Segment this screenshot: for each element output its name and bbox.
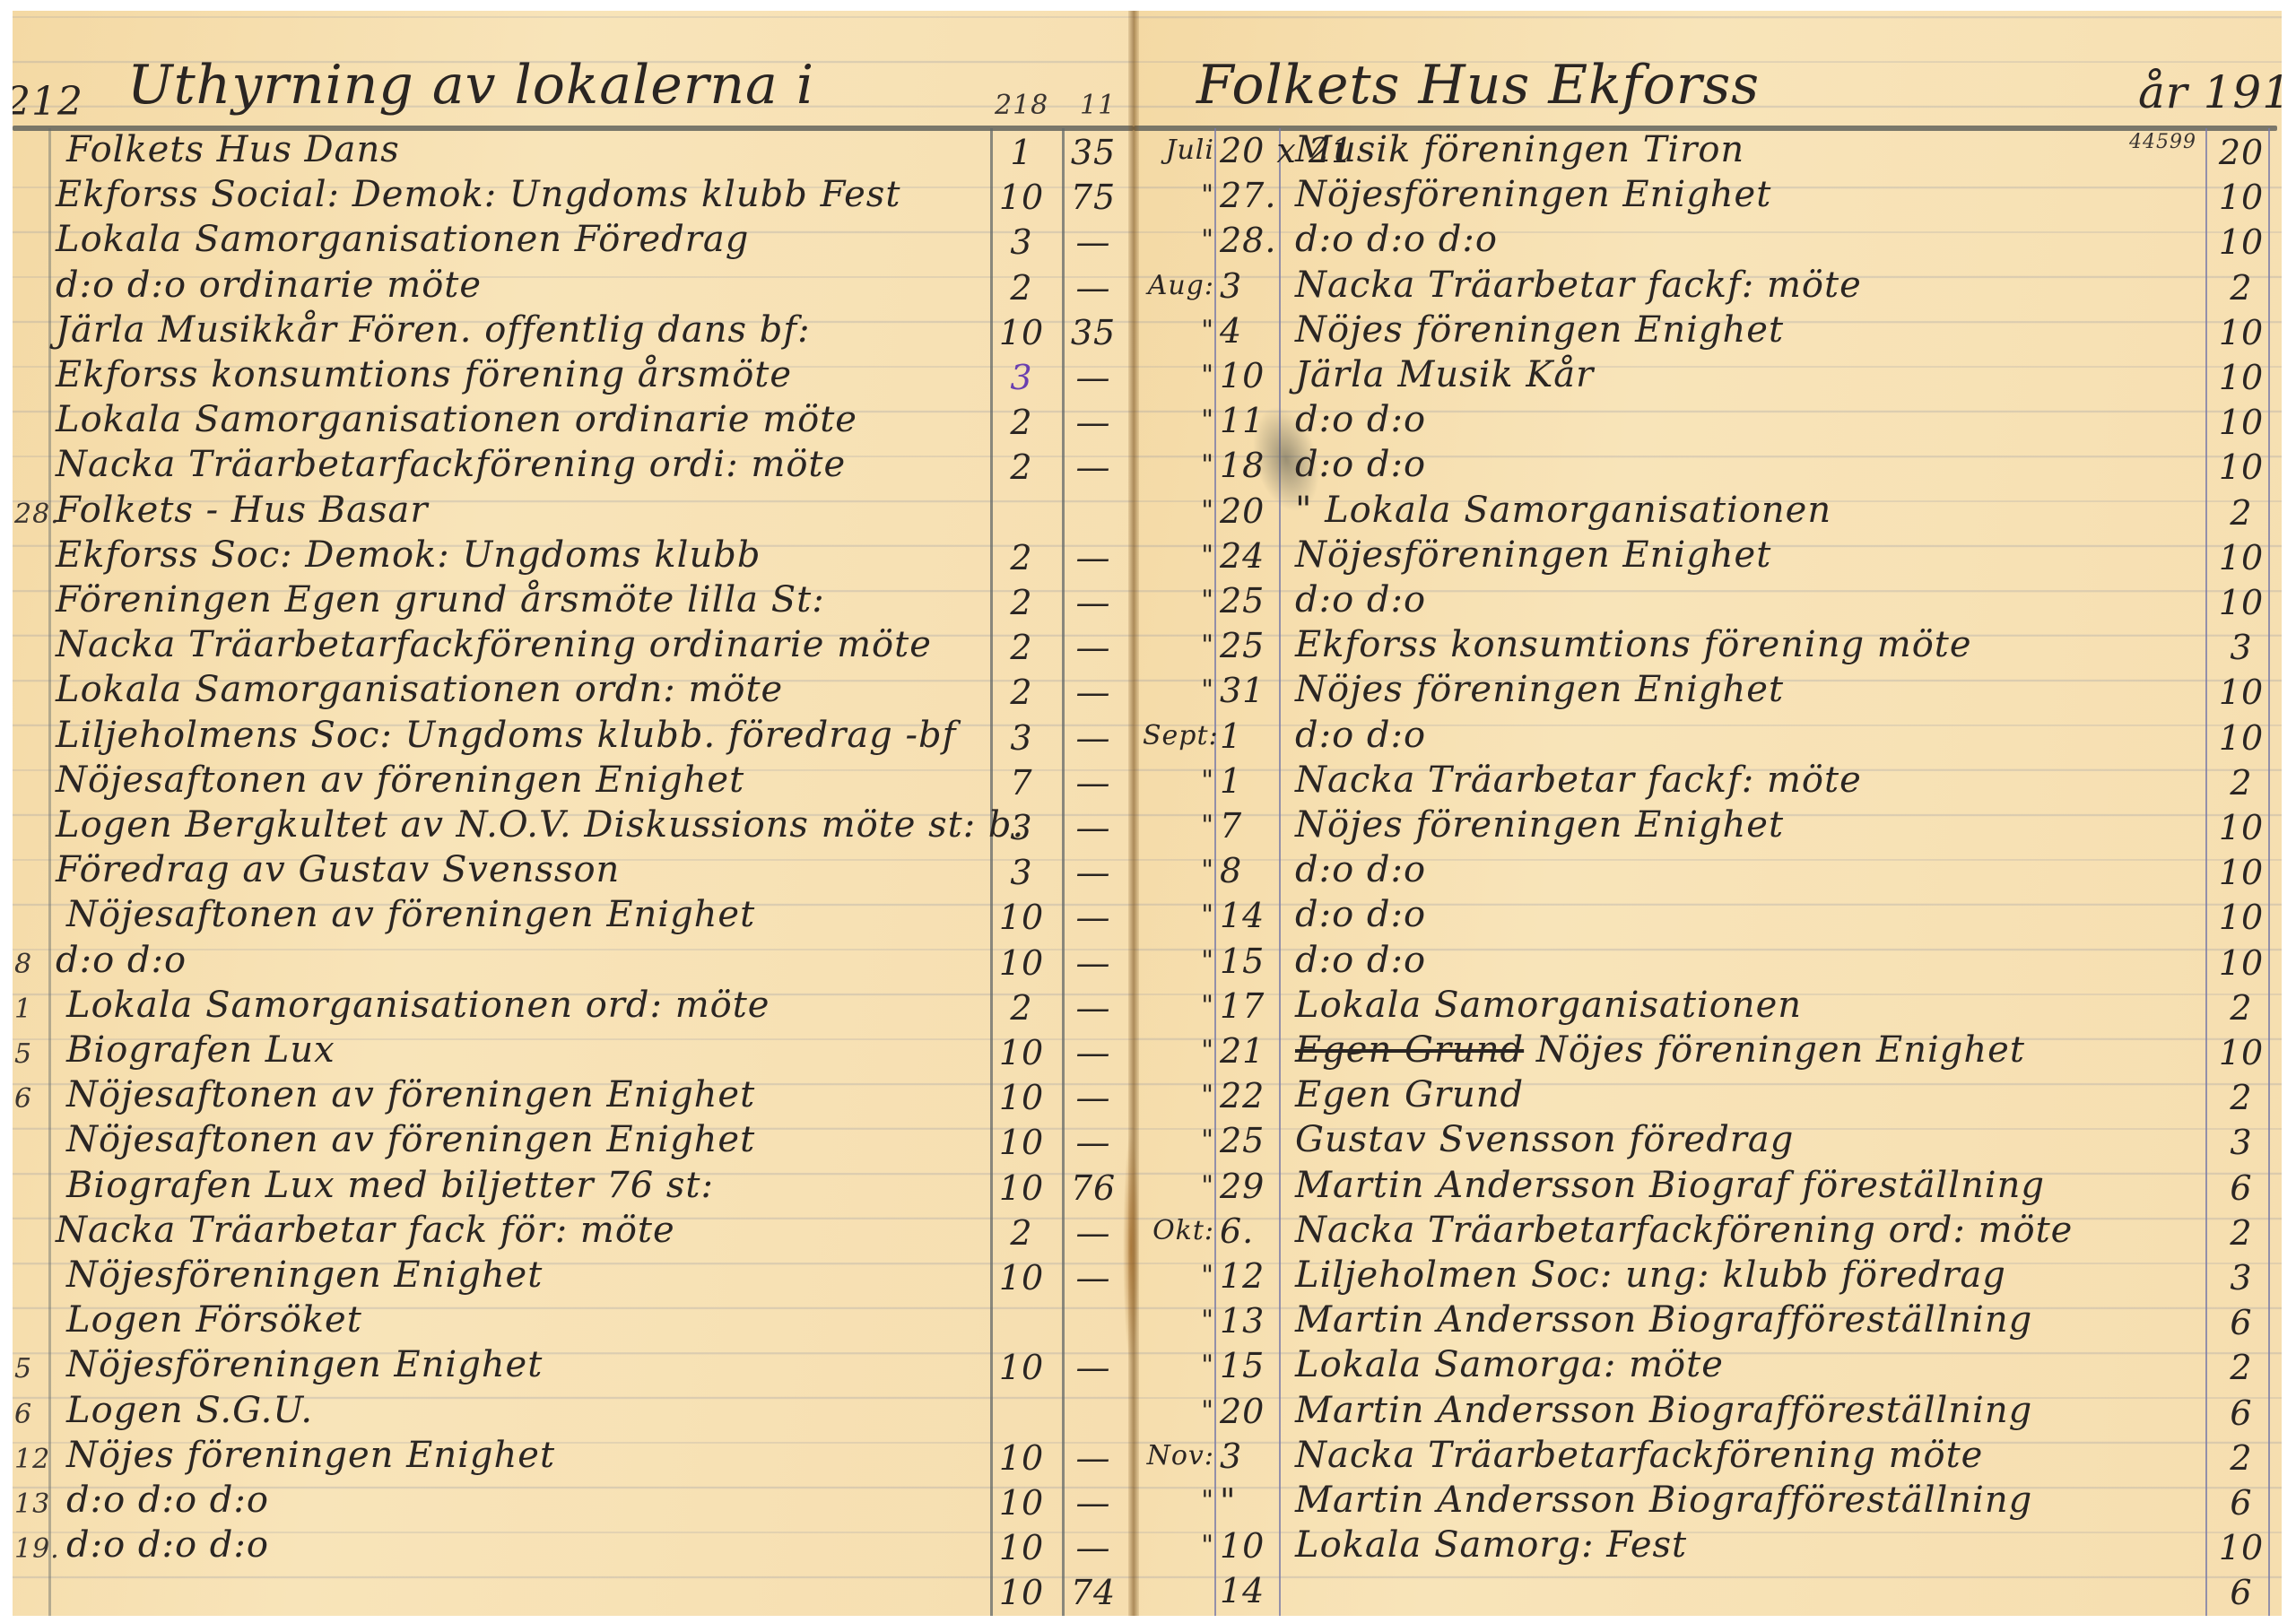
entry-amount: 2 <box>2210 1348 2273 1387</box>
entry-description: Nöjesaftonen av föreningen Enighet <box>56 759 744 801</box>
entry-description: Nöjesaftonen av föreningen Enighet <box>66 894 755 935</box>
ledger-row: "31Nöjes föreningen Enighet10 <box>1134 674 2282 719</box>
right-page-title: Folkets Hus Ekforss <box>1196 54 1760 117</box>
entry-month: " <box>1143 449 1214 481</box>
entry-day: 24 <box>1220 536 1265 576</box>
entry-month: Okt: <box>1143 1215 1214 1246</box>
amount-kronor: 2 <box>990 988 1053 1028</box>
ledger-row: "1Nacka Träarbetar fackf: möte2 <box>1134 765 2282 810</box>
ledger-row: "27.Nöjesföreningen Enighet10 <box>1134 179 2282 224</box>
ledger-row: "15Lokala Samorga: möte2 <box>1134 1350 2282 1394</box>
amount-kronor: 10 <box>990 1168 1053 1208</box>
amount-kronor: 7 <box>990 763 1053 803</box>
entry-description: Järla Musik Kår <box>1295 354 1594 395</box>
amount-ore: — <box>1066 943 1120 983</box>
ledger-row: "10Lokala Samorg: Fest10 <box>1134 1530 2282 1575</box>
entry-description: Nacka Träarbetar fack för: möte <box>56 1210 675 1251</box>
amount-kronor: 2 <box>990 673 1053 712</box>
entry-amount: 10 <box>2210 403 2273 442</box>
entry-description: Lokala Samorga: möte <box>1295 1344 1724 1385</box>
entry-description: Liljeholmen Soc: ung: klubb föredrag <box>1295 1254 2006 1296</box>
entry-day: " <box>1220 1481 1236 1521</box>
entry-description: Lokala Samorganisationen Föredrag <box>56 219 749 260</box>
entry-description: d:o d:o <box>56 940 187 981</box>
ledger-row: "17Lokala Samorganisationen2 <box>1134 990 2282 1035</box>
ledger-row: Lokala Samorganisationen Föredrag3— <box>13 224 1134 269</box>
amount-ore: — <box>1066 583 1120 622</box>
entry-description: Gustav Svensson föredrag <box>1295 1119 1794 1160</box>
ledger-row: Nöjesföreningen Enighet10— <box>13 1260 1134 1305</box>
ledger-row: Sept:1d:o d:o10 <box>1134 720 2282 765</box>
margin-date: 5 <box>14 1038 32 1070</box>
entry-day: 22 <box>1220 1076 1265 1115</box>
amount-ore: — <box>1066 1123 1120 1162</box>
ledger-row: Aug:3Nacka Träarbetar fackf: möte2 <box>1134 270 2282 315</box>
amount-ore: — <box>1066 718 1120 758</box>
amount-ore: — <box>1066 898 1120 937</box>
amount-ore: — <box>1066 1213 1120 1253</box>
entry-description: d:o d:o <box>1295 399 1426 440</box>
ledger-row: "11d:o d:o10 <box>1134 404 2282 449</box>
page-number: 212 <box>13 79 83 125</box>
book-gutter <box>1128 11 1139 1616</box>
entry-month: " <box>1143 1170 1214 1202</box>
left-page-title: Uthyrning av lokalerna i <box>127 54 814 117</box>
ledger-row: "8d:o d:o10 <box>1134 855 2282 899</box>
entry-month: " <box>1143 1350 1214 1381</box>
entry-day: 18 <box>1220 446 1265 485</box>
amount-kronor: 3 <box>990 718 1053 758</box>
entry-amount: 6 <box>2210 1393 2273 1433</box>
entry-amount: 10 <box>2210 943 2273 983</box>
entry-day: 25 <box>1220 581 1265 621</box>
entry-description: Nöjesföreningen Enighet <box>1295 534 1771 576</box>
entry-month: " <box>1143 1260 1214 1291</box>
entry-month: " <box>1143 1035 1214 1066</box>
amount-ore: — <box>1066 808 1120 847</box>
ledger-row: 5Nöjesföreningen Enighet10— <box>13 1350 1134 1394</box>
entry-day: 10 <box>1220 1526 1265 1566</box>
ledger-row: "4Nöjes föreningen Enighet10 <box>1134 315 2282 360</box>
margin-date: 28. <box>14 499 60 530</box>
ledger-row: "20Martin Andersson Biografföreställning… <box>1134 1395 2282 1440</box>
amount-kronor: 3 <box>990 358 1053 397</box>
entry-month: " <box>1143 810 1214 841</box>
entry-day: 29 <box>1220 1167 1265 1206</box>
entry-description: Nöjesaftonen av föreningen Enighet <box>66 1119 755 1160</box>
entry-description: Nöjes föreningen Enighet <box>1295 309 1784 351</box>
entry-day: 3 <box>1220 266 1242 306</box>
ledger-row: d:o d:o ordinarie möte2— <box>13 270 1134 315</box>
entry-day: 14 <box>1220 896 1265 935</box>
entry-month: " <box>1143 1080 1214 1111</box>
entry-description: Föredrag av Gustav Svensson <box>56 849 620 890</box>
amount-kronor: 10 <box>990 313 1053 352</box>
entry-month: " <box>1143 899 1214 931</box>
margin-date: 8 <box>14 949 32 980</box>
ledger-row: "14d:o d:o10 <box>1134 899 2282 944</box>
ledger-row: "7Nöjes föreningen Enighet10 <box>1134 810 2282 855</box>
entry-description: Järla Musikkår Fören. offentlig dans bf: <box>56 309 811 351</box>
amount-kronor: 3 <box>990 222 1053 262</box>
amount-ore: — <box>1066 1438 1120 1478</box>
entry-description: Ekforss konsumtions förening årsmöte <box>56 354 792 395</box>
entry-month: " <box>1143 855 1214 886</box>
entry-description: Logen Försöket <box>66 1299 362 1341</box>
ledger-row: "25d:o d:o10 <box>1134 585 2282 629</box>
entry-description: Folkets - Hus Basar <box>56 490 429 531</box>
ledger-row: "18d:o d:o10 <box>1134 449 2282 494</box>
ledger-spread: 212 Uthyrning av lokalerna i 218 11 Folk… <box>13 11 2282 1616</box>
entry-text: Nöjes föreningen Enighet <box>1536 1029 2025 1071</box>
entry-month: " <box>1143 945 1214 976</box>
ledger-row: 6Logen S.G.U. <box>13 1395 1134 1440</box>
entry-day: 17 <box>1220 986 1265 1026</box>
entry-amount: 2 <box>2210 1438 2273 1478</box>
entry-amount: 10 <box>2210 178 2273 217</box>
entry-amount: 2 <box>2210 1078 2273 1117</box>
amount-ore: — <box>1066 673 1120 712</box>
entry-month: " <box>1143 315 1214 346</box>
amount-kronor: 10 <box>990 1078 1053 1117</box>
entry-description: Logen S.G.U. <box>66 1390 313 1431</box>
entry-month: " <box>1143 629 1214 661</box>
entry-description: d:o d:o <box>1295 940 1426 981</box>
amount-kronor: 1 <box>990 133 1053 172</box>
entry-amount: 10 <box>2210 1033 2273 1072</box>
entry-description: Egen Grund <box>1295 1074 1524 1115</box>
entry-amount: 10 <box>2210 1528 2273 1567</box>
entry-description: Nöjesföreningen Enighet <box>66 1254 543 1296</box>
amount-ore: — <box>1066 763 1120 803</box>
margin-date: 6 <box>14 1399 32 1430</box>
ledger-row: Föreningen Egen grund årsmöte lilla St:2… <box>13 585 1134 629</box>
entry-amount: 10 <box>2210 447 2273 487</box>
entry-day: 13 <box>1220 1301 1265 1341</box>
entry-day: 21 <box>1220 1031 1265 1071</box>
amount-kronor: 10 <box>990 1123 1053 1162</box>
entry-day: 14 <box>1220 1571 1265 1610</box>
ledger-row: Nöjesaftonen av föreningen Enighet7— <box>13 765 1134 810</box>
amount-ore: — <box>1066 1528 1120 1567</box>
entry-month: Sept: <box>1143 720 1214 751</box>
entry-description: Ekforss Soc: Demok: Ungdoms klubb <box>56 534 761 576</box>
entry-day: 20 <box>1220 1392 1265 1431</box>
entry-amount: 10 <box>2210 538 2273 577</box>
entry-description: Nacka Träarbetarfackförening ordi: möte <box>56 444 846 485</box>
margin-date: 5 <box>14 1353 32 1384</box>
entry-amount: 10 <box>2210 222 2273 262</box>
entry-description: d:o d:o d:o <box>66 1524 269 1566</box>
margin-date: 6 <box>14 1083 32 1115</box>
entry-month: " <box>1143 1124 1214 1156</box>
ledger-row: Liljeholmens Soc: Ungdoms klubb. föredra… <box>13 720 1134 765</box>
entry-month: Juli <box>1143 135 1214 166</box>
entry-amount: 10 <box>2210 358 2273 397</box>
ledger-row: "29Martin Andersson Biograf föreställnin… <box>1134 1170 2282 1215</box>
ledger-row: 13d:o d:o d:o10— <box>13 1485 1134 1530</box>
entry-amount: 10 <box>2210 718 2273 758</box>
ledger-row: Folkets Hus Dans135 <box>13 135 1134 179</box>
entry-month: " <box>1143 179 1214 211</box>
amount-ore: — <box>1066 268 1120 308</box>
ledger-row: Logen Bergkultet av N.O.V. Diskussions m… <box>13 810 1134 855</box>
entry-day: 11 <box>1220 401 1265 440</box>
entry-amount: 10 <box>2210 808 2273 847</box>
ledger-row: Ekforss Social: Demok: Ungdoms klubb Fes… <box>13 179 1134 224</box>
entry-day: 6. <box>1220 1211 1254 1251</box>
year-label: år 191 <box>2138 66 2282 118</box>
ledger-row: Nacka Träarbetarfackförening ordinarie m… <box>13 629 1134 674</box>
entry-description: d:o d:o <box>1295 579 1426 621</box>
ledger-row: 1Lokala Samorganisationen ord: möte2— <box>13 990 1134 1035</box>
ledger-row: 12Nöjes föreningen Enighet10— <box>13 1440 1134 1485</box>
entry-day: 4 <box>1220 311 1242 351</box>
ledger-row: Nöjesaftonen av föreningen Enighet10— <box>13 1124 1134 1169</box>
entry-description: Logen Bergkultet av N.O.V. Diskussions m… <box>56 804 1024 846</box>
ledger-row: 1074 <box>13 1575 1134 1616</box>
entry-description: Folkets Hus Dans <box>66 129 400 170</box>
entry-amount: 3 <box>2210 1123 2273 1162</box>
amount-ore: — <box>1066 853 1120 892</box>
entry-month: " <box>1143 495 1214 526</box>
entry-amount: 10 <box>2210 673 2273 712</box>
amount-ore: — <box>1066 538 1120 577</box>
entry-day: 25 <box>1220 1121 1265 1160</box>
entry-amount: 2 <box>2210 1213 2273 1253</box>
ledger-row: 19.d:o d:o d:o10— <box>13 1530 1134 1575</box>
ledger-row: Biografen Lux med biljetter 76 st:1076 <box>13 1170 1134 1215</box>
margin-date: 12 <box>14 1444 50 1475</box>
rust-stain <box>1123 1132 1139 1365</box>
ledger-row: Föredrag av Gustav Svensson3— <box>13 855 1134 899</box>
entry-month: " <box>1143 1485 1214 1516</box>
entry-day: 12 <box>1220 1256 1265 1296</box>
entry-day: 8 <box>1220 851 1242 890</box>
ledger-row: Järla Musikkår Fören. offentlig dans bf:… <box>13 315 1134 360</box>
amount-kronor: 2 <box>990 1213 1053 1253</box>
entry-description: Lokala Samorganisationen ordinarie möte <box>56 399 857 440</box>
entry-description: Lokala Samorganisationen ord: möte <box>66 985 770 1026</box>
entry-amount: 10 <box>2210 583 2273 622</box>
amount-kronor: 10 <box>990 1438 1053 1478</box>
ledger-row: "13Martin Andersson Biografföreställning… <box>1134 1305 2282 1350</box>
entry-amount: 2 <box>2210 988 2273 1028</box>
ledger-row: "25Ekforss konsumtions förening möte3 <box>1134 629 2282 674</box>
entry-month: " <box>1143 404 1214 436</box>
entry-description: Liljeholmens Soc: Ungdoms klubb. föredra… <box>56 715 956 756</box>
struck-text: Egen Grund <box>1295 1029 1524 1071</box>
entry-description: " Lokala Samorganisationen <box>1295 490 1831 531</box>
entry-description: Martin Andersson Biografföreställning <box>1295 1480 2032 1521</box>
entry-amount: 10 <box>2210 853 2273 892</box>
amount-kronor: 10 <box>990 1483 1053 1523</box>
entry-amount: 6 <box>2210 1303 2273 1342</box>
entry-day: 10 <box>1220 356 1265 395</box>
ledger-row: "24Nöjesföreningen Enighet10 <box>1134 540 2282 585</box>
entry-description: Ekforss Social: Demok: Ungdoms klubb Fes… <box>56 174 900 215</box>
amount-ore: — <box>1066 1348 1120 1387</box>
left-page: 212 Uthyrning av lokalerna i 218 11 Folk… <box>13 11 1134 1616</box>
ledger-row: Nacka Träarbetarfackförening ordi: möte2… <box>13 449 1134 494</box>
amount-kronor: 2 <box>990 628 1053 667</box>
amount-kronor: 10 <box>990 1528 1053 1567</box>
amount-ore: 75 <box>1066 178 1120 217</box>
amount-ore: — <box>1066 1033 1120 1072</box>
entry-month: " <box>1143 1305 1214 1336</box>
entry-description: d:o d:o <box>1295 849 1426 890</box>
amount-ore: — <box>1066 1078 1120 1117</box>
amount-ore: 35 <box>1066 313 1120 352</box>
entry-description: Nacka Träarbetarfackförening ordinarie m… <box>56 624 932 665</box>
amount-ore: — <box>1066 1258 1120 1298</box>
entry-description: d:o d:o d:o <box>1295 219 1498 260</box>
entry-description: Egen Grund Nöjes föreningen Enighet <box>1295 1029 2025 1071</box>
ledger-row: "20" Lokala Samorganisationen2 <box>1134 495 2282 540</box>
amount-kronor: 10 <box>990 898 1053 937</box>
entry-description: Martin Andersson Biografföreställning <box>1295 1299 2032 1341</box>
entry-description: Biografen Lux <box>66 1029 335 1071</box>
amount-ore: — <box>1066 403 1120 442</box>
margin-date: 19. <box>14 1533 60 1565</box>
ledger-row: 8d:o d:o10— <box>13 945 1134 990</box>
amount-kronor: 3 <box>990 853 1053 892</box>
entry-description: Nacka Träarbetar fackf: möte <box>1295 265 1862 306</box>
entry-month: Nov: <box>1143 1440 1214 1471</box>
entry-description: Nacka Träarbetar fackf: möte <box>1295 759 1862 801</box>
entry-month: " <box>1143 1395 1214 1427</box>
entry-day: 31 <box>1220 671 1265 710</box>
entry-amount: 10 <box>2210 898 2273 937</box>
entry-description: d:o d:o <box>1295 444 1426 485</box>
amount-kronor: 10 <box>990 943 1053 983</box>
entry-day: 15 <box>1220 1346 1265 1385</box>
entry-month: " <box>1143 224 1214 256</box>
amount-kronor: 2 <box>990 538 1053 577</box>
amount-kronor: 10 <box>990 1258 1053 1298</box>
ledger-row: 6Nöjesaftonen av föreningen Enighet10— <box>13 1080 1134 1124</box>
entry-description: Martin Andersson Biografföreställning <box>1295 1390 2032 1431</box>
amount-kronor: 10 <box>990 178 1053 217</box>
amount-ore: 74 <box>1066 1573 1120 1612</box>
entry-description: Nacka Träarbetarfackförening möte <box>1295 1435 1983 1476</box>
amount-kronor: 2 <box>990 268 1053 308</box>
entry-month: " <box>1143 674 1214 706</box>
ledger-row: 146 <box>1134 1575 2282 1616</box>
ledger-row: Lokala Samorganisationen ordn: möte2— <box>13 674 1134 719</box>
ledger-row: "10Järla Musik Kår10 <box>1134 360 2282 404</box>
entry-description: d:o d:o d:o <box>66 1480 269 1521</box>
column-header-ore: 11 <box>1080 90 1116 121</box>
entry-description: Lokala Samorganisationen <box>1295 985 1802 1026</box>
entry-description: d:o d:o ordinarie möte <box>56 265 482 306</box>
amount-ore: — <box>1066 988 1120 1028</box>
entry-description: Nöjesföreningen Enighet <box>66 1344 543 1385</box>
entry-description: Nöjesaftonen av föreningen Enighet <box>66 1074 755 1115</box>
amount-ore: — <box>1066 222 1120 262</box>
ledger-row: "25Gustav Svensson föredrag3 <box>1134 1124 2282 1169</box>
entry-amount: 3 <box>2210 628 2273 667</box>
entry-day: 25 <box>1220 626 1265 665</box>
ledger-row: "28.d:o d:o d:o10 <box>1134 224 2282 269</box>
ledger-row: "15d:o d:o10 <box>1134 945 2282 990</box>
entry-day: 20 <box>1220 491 1265 531</box>
ledger-row: Logen Försöket <box>13 1305 1134 1350</box>
entry-day: 3 <box>1220 1436 1242 1476</box>
ledger-row: Ekforss Soc: Demok: Ungdoms klubb2— <box>13 540 1134 585</box>
entry-month: " <box>1143 765 1214 796</box>
entry-description: Musik föreningen Tiron <box>1295 129 1744 170</box>
entry-amount: 2 <box>2210 493 2273 533</box>
ledger-row: "22Egen Grund2 <box>1134 1080 2282 1124</box>
entry-description: d:o d:o <box>1295 894 1426 935</box>
ledger-row: ""Martin Andersson Biografföreställning6 <box>1134 1485 2282 1530</box>
entry-month: " <box>1143 540 1214 571</box>
entry-day: 15 <box>1220 942 1265 981</box>
entry-amount: 6 <box>2210 1168 2273 1208</box>
ledger-row: Nöjesaftonen av föreningen Enighet10— <box>13 899 1134 944</box>
entry-amount: 20 <box>2210 133 2273 172</box>
entry-month: " <box>1143 990 1214 1021</box>
entry-description: Föreningen Egen grund årsmöte lilla St: <box>56 579 825 621</box>
ledger-row: Nov:3Nacka Träarbetarfackförening möte2 <box>1134 1440 2282 1485</box>
entry-description: Nöjes föreningen Enighet <box>66 1435 555 1476</box>
entry-description: Nöjes föreningen Enighet <box>1295 804 1784 846</box>
entry-month: " <box>1143 585 1214 616</box>
entry-month: " <box>1143 1530 1214 1561</box>
ledger-row: "21Egen Grund Nöjes föreningen Enighet10 <box>1134 1035 2282 1080</box>
amount-kronor: 2 <box>990 447 1053 487</box>
entry-amount: 10 <box>2210 313 2273 352</box>
entry-description: Nacka Träarbetarfackförening ord: möte <box>1295 1210 2073 1251</box>
amount-ore: — <box>1066 1483 1120 1523</box>
amount-ore: — <box>1066 358 1120 397</box>
entry-day: 28. <box>1220 221 1276 260</box>
ledger-row: "12Liljeholmen Soc: ung: klubb föredrag3 <box>1134 1260 2282 1305</box>
ledger-row: 28.Folkets - Hus Basar <box>13 495 1134 540</box>
entry-amount: 2 <box>2210 763 2273 803</box>
entry-amount: 2 <box>2210 268 2273 308</box>
entry-description: Ekforss konsumtions förening möte <box>1295 624 1972 665</box>
amount-kronor: 10 <box>990 1348 1053 1387</box>
right-page: Folkets Hus Ekforss år 191 44599 Juli20 … <box>1134 11 2282 1616</box>
entry-day: 27. <box>1220 176 1276 215</box>
entry-day: 1 <box>1220 716 1242 756</box>
amount-ore: — <box>1066 447 1120 487</box>
margin-date: 1 <box>14 994 32 1025</box>
entry-amount: 3 <box>2210 1258 2273 1298</box>
entry-month: Aug: <box>1143 270 1214 301</box>
ledger-row: Lokala Samorganisationen ordinarie möte2… <box>13 404 1134 449</box>
amount-ore: 76 <box>1066 1168 1120 1208</box>
amount-kronor: 2 <box>990 583 1053 622</box>
entry-month: " <box>1143 360 1214 391</box>
entry-day: 1 <box>1220 761 1242 801</box>
amount-kronor: 3 <box>990 808 1053 847</box>
amount-ore: — <box>1066 628 1120 667</box>
ledger-row: Ekforss konsumtions förening årsmöte3— <box>13 360 1134 404</box>
entry-description: Biografen Lux med biljetter 76 st: <box>66 1165 714 1206</box>
ledger-row: Juli20 x 21Musik föreningen Tiron20 <box>1134 135 2282 179</box>
entry-description: Nöjesföreningen Enighet <box>1295 174 1771 215</box>
ledger-row: Okt:6.Nacka Träarbetarfackförening ord: … <box>1134 1215 2282 1260</box>
entry-description: Lokala Samorg: Fest <box>1295 1524 1687 1566</box>
entry-amount: 6 <box>2210 1573 2273 1612</box>
entry-description: Martin Andersson Biograf föreställning <box>1295 1165 2045 1206</box>
margin-date: 13 <box>14 1488 50 1520</box>
entry-description: Lokala Samorganisationen ordn: möte <box>56 669 783 710</box>
amount-kronor: 10 <box>990 1033 1053 1072</box>
